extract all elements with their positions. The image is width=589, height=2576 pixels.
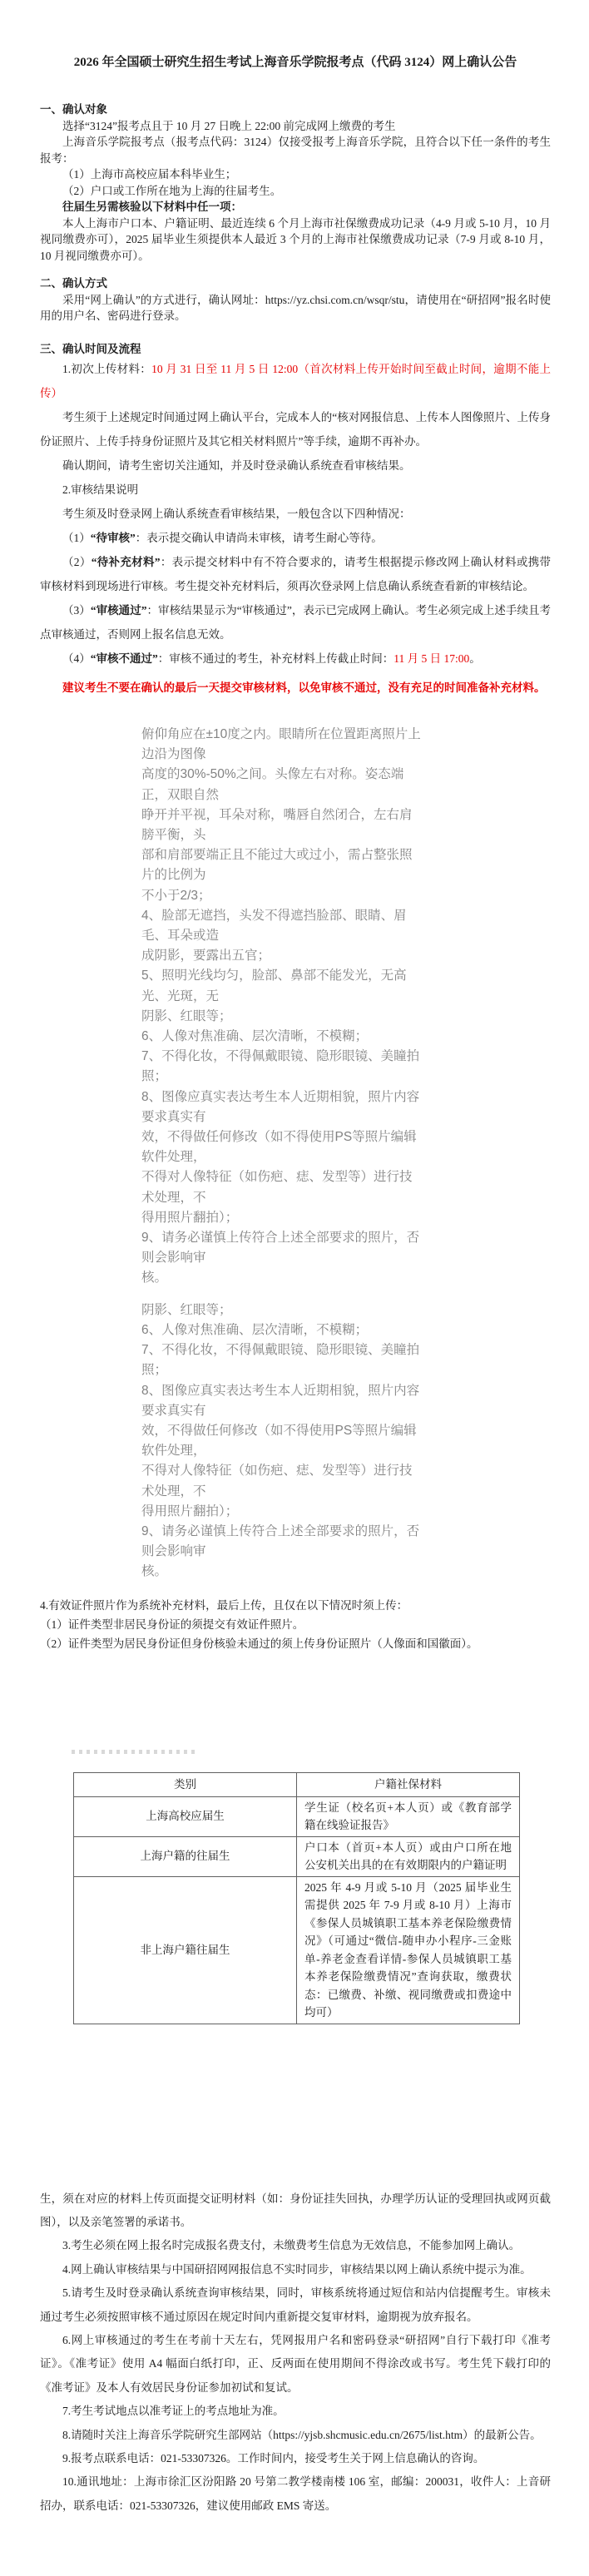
section1-para-scope: 上海音乐学院报考点（报考点代码：3124）仅接受报考上海音乐学院，且符合以下任一…: [40, 134, 551, 166]
section-confirm-target: 一、确认对象 选择“3124”报考点且于 10 月 27 日晚上 22:00 前…: [40, 102, 551, 264]
note-4: 4.网上确认审核结果与中国研招网网报信息不实时同步，审核结果以网上确认系统中提示…: [40, 2258, 551, 2281]
case2-number: （2）: [62, 556, 92, 568]
note-10: 10.通讯地址：上海市徐汇区汾阳路 20 号第二教学楼南楼 106 室，邮编：2…: [40, 2470, 551, 2518]
cert-photo-intro: 4.有效证件照片作为系统补充材料，最后上传，且仅在以下情况时须上传：: [40, 1596, 551, 1615]
case4-number: （4）: [62, 652, 91, 665]
review-case-failed: （4）“审核不通过”：审核不通过的考生，补充材料上传截止时间：11 月 5 日 …: [40, 646, 551, 671]
case4-text: ：审核不通过的考生，补充材料上传截止时间：: [158, 652, 394, 665]
table-header-row: 类别 户籍社保材料: [74, 1772, 520, 1796]
first-upload-label: 1.初次上传材料：: [62, 363, 151, 375]
section1-item-1: （1）上海市高校应届本科毕业生；: [40, 166, 551, 183]
section2-para-method: 采用“网上确认”的方式进行，确认网址：https://yz.chsi.com.c…: [40, 292, 551, 324]
case1-term: “待审核”: [91, 532, 136, 544]
section-confirm-method: 二、确认方式 采用“网上确认”的方式进行，确认网址：https://yz.chs…: [40, 275, 551, 324]
case3-number: （3）: [62, 604, 91, 617]
review-result-label: 2.审核结果说明: [40, 478, 551, 502]
cert-photo-item-1: （1）证件类型非居民身份证的须提交有效证件照片。: [40, 1615, 551, 1634]
cert-photo-item-2: （2）证件类型为居民身份证但身份核验未通过的须上传身份证照片（人像面和国徽面）。: [40, 1634, 551, 1653]
note-5: 5.请考生及时登录确认系统查询审核结果，同时，审核系统将通过短信和站内信提醒考生…: [40, 2281, 551, 2329]
table-header-material: 户籍社保材料: [297, 1772, 520, 1796]
table-row: 上海高校应届生 学生证（校名页+本人页）或《教育部学籍在线验证报告》: [74, 1796, 520, 1836]
announcement-document: 2026 年全国硕士研究生招生考试上海音乐学院报考点（代码 3124）网上确认公…: [0, 0, 589, 2576]
section1-para-deadline: 选择“3124”报考点且于 10 月 27 日晚上 22:00 前完成网上缴费的…: [40, 118, 551, 135]
row-category: 上海户籍的往届生: [74, 1836, 297, 1876]
photo-requirements-image-1: 俯仰角应在±10度之内。眼睛所在位置距离照片上边沿为图像 高度的30%-50%之…: [141, 725, 423, 1289]
section-confirm-time-process: 三、确认时间及流程 1.初次上传材料：10 月 31 日至 11 月 5 日 1…: [40, 341, 551, 701]
review-result-intro: 考生须及时登录网上确认系统查看审核结果，一般包含以下四种情况：: [40, 502, 551, 526]
section3-heading: 三、确认时间及流程: [40, 341, 551, 358]
red-warning-line: 建议考生不要在确认的最后一天提交审核材料，以免审核不通过，没有充足的时间准备补充…: [40, 676, 551, 700]
note-continuation: 生，须在对应的材料上传页面提交证明材料（如：身份证挂失回执，办理学历认证的受理回…: [40, 2187, 551, 2235]
row-material: 学生证（校名页+本人页）或《教育部学籍在线验证报告》: [297, 1796, 520, 1836]
table-row: 非上海户籍往届生 2025 年 4-9 月或 5-10 月（2025 届毕业生需…: [74, 1876, 520, 2024]
note-8: 8.请随时关注上海音乐学院研究生部网站（https://yjsb.shcmusi…: [40, 2424, 551, 2447]
case1-number: （1）: [62, 532, 91, 544]
clipped-text-fragment: [72, 1750, 196, 1754]
review-case-pending: （1）“待审核”：表示提交确认申请尚未审核，请考生耐心等待。: [40, 526, 551, 550]
case4-deadline-red: 11 月 5 日 17:00: [393, 652, 469, 665]
page-title: 2026 年全国硕士研究生招生考试上海音乐学院报考点（代码 3124）网上确认公…: [40, 53, 551, 72]
cert-photo-section: 4.有效证件照片作为系统补充材料，最后上传，且仅在以下情况时须上传： （1）证件…: [40, 1596, 551, 1653]
notes-section: 生，须在对应的材料上传页面提交证明材料（如：身份证挂失回执，办理学历认证的受理回…: [40, 2187, 551, 2519]
first-upload-time-line: 1.初次上传材料：10 月 31 日至 11 月 5 日 12:00（首次材料上…: [40, 357, 551, 405]
note-6: 6.网上审核通过的考生在考前十天左右，凭网报用户名和密码登录“研招网”自行下载打…: [40, 2329, 551, 2400]
note-3: 3.考生必须在网上报名时完成报名费支付，未缴费考生信息为无效信息，不能参加网上确…: [40, 2234, 551, 2257]
note-9: 9.报考点联系电话：021-53307326。工作时间内，接受考生关于网上信息确…: [40, 2447, 551, 2470]
review-case-supplement: （2）“待补充材料”：表示提交材料中有不符合要求的，请考生根据提示修改网上确认材…: [40, 550, 551, 598]
table-row: 上海户籍的往届生 户口本（首页+本人页）或由户口所在地公安机关出具的在有效期限内…: [74, 1836, 520, 1876]
row-material: 2025 年 4-9 月或 5-10 月（2025 届毕业生需提供 2025 年…: [297, 1876, 520, 2024]
case4-term: “审核不通过”: [91, 652, 158, 665]
section3-para-attention: 确认期间，请考生密切关注通知，并及时登录确认系统查看审核结果。: [40, 453, 551, 478]
section1-para-materials: 本人上海市户口本、户籍证明、最近连续 6 个月上海市社保缴费成功记录（4-9 月…: [40, 215, 551, 265]
section2-heading: 二、确认方式: [40, 275, 551, 292]
photo-requirements-image-2: 阴影、红眼等； 6、人像对焦准确、层次清晰，不模糊； 7、不得化妆，不得佩戴眼镜…: [141, 1300, 423, 1583]
case1-text: ：表示提交确认申请尚未审核，请考生耐心等待。: [136, 532, 383, 544]
section1-bold-note: 往届生另需核验以下材料中任一项：: [40, 199, 551, 215]
case2-term: “待补充材料”: [92, 556, 161, 568]
row-material: 户口本（首页+本人页）或由户口所在地公安机关出具的在有效期限内的户籍证明: [297, 1836, 520, 1876]
materials-table: 类别 户籍社保材料 上海高校应届生 学生证（校名页+本人页）或《教育部学籍在线验…: [73, 1772, 520, 2024]
section3-para-procedure: 考生须于上述规定时间通过网上确认平台，完成本人的“核对网报信息、上传本人图像照片…: [40, 405, 551, 453]
row-category: 非上海户籍往届生: [74, 1876, 297, 2024]
note-7: 7.考生考试地点以准考证上的考点地址为准。: [40, 2400, 551, 2423]
review-case-passed: （3）“审核通过”：审核结果显示为“审核通过”，表示已完成网上确认。考生必须完成…: [40, 598, 551, 646]
case4-period: 。: [469, 652, 481, 665]
section1-heading: 一、确认对象: [40, 102, 551, 118]
row-category: 上海高校应届生: [74, 1796, 297, 1836]
table-header-category: 类别: [74, 1772, 297, 1796]
case3-term: “审核通过”: [91, 604, 147, 617]
section1-item-2: （2）户口或工作所在地为上海的往届考生。: [40, 183, 551, 200]
